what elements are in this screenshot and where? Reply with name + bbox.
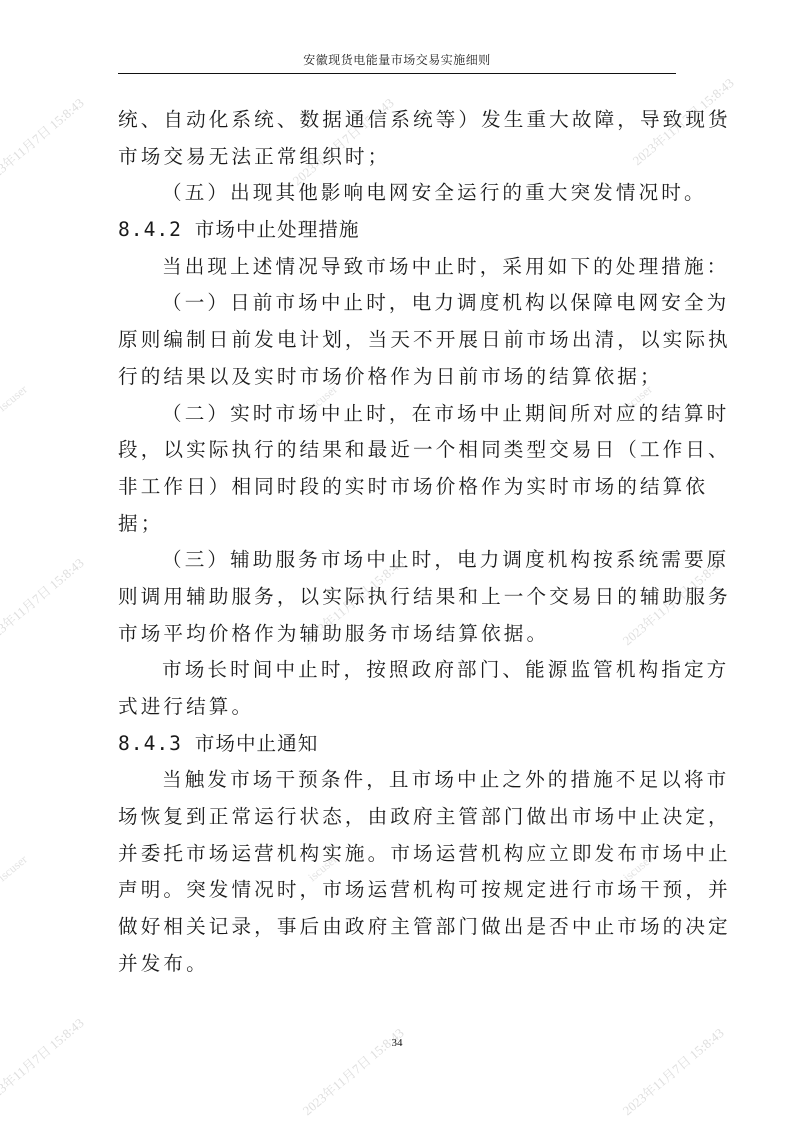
paragraph-line: 据； bbox=[118, 506, 678, 543]
paragraph-line: 并发布。 bbox=[118, 946, 678, 983]
list-item-3: （三）辅助服务市场中止时，电力调度机构按系统需要原 bbox=[118, 542, 678, 579]
watermark-timestamp: 2023年11月7日 15:8:43 bbox=[0, 553, 87, 649]
paragraph-line: 行的结果以及实时市场价格作为日前市场的结算依据； bbox=[118, 359, 678, 396]
paragraph-line: 则调用辅助服务，以实际执行结果和上一个交易日的辅助服务 bbox=[118, 579, 678, 616]
paragraph-line: 非工作日）相同时段的实时市场价格作为实时市场的结算依 bbox=[118, 469, 678, 506]
paragraph-line: 场恢复到正常运行状态，由政府主管部门做出市场中止决定， bbox=[118, 799, 678, 836]
section-heading-8-4-2: 8.4.2 市场中止处理措施 bbox=[118, 212, 678, 249]
document-body: 统、自动化系统、数据通信系统等）发生重大故障，导致现货 市场交易无法正常组织时；… bbox=[118, 102, 678, 983]
paragraph-line: 原则编制日前发电计划，当天不开展日前市场出清，以实际执 bbox=[118, 322, 678, 359]
page-number: 34 bbox=[0, 1037, 794, 1049]
list-item-1: （一）日前市场中止时，电力调度机构以保障电网安全为 bbox=[118, 285, 678, 322]
section-heading-8-4-3: 8.4.3 市场中止通知 bbox=[118, 726, 678, 763]
paragraph-line: 市场长时间中止时，按照政府部门、能源监管机构指定方 bbox=[118, 652, 678, 689]
paragraph-line: 声明。突发情况时，市场运营机构可按规定进行市场干预，并 bbox=[118, 872, 678, 909]
list-item-5: （五）出现其他影响电网安全运行的重大突发情况时。 bbox=[118, 175, 678, 212]
paragraph-line: 做好相关记录，事后由政府主管部门做出是否中止市场的决定 bbox=[118, 909, 678, 946]
paragraph-line: 统、自动化系统、数据通信系统等）发生重大故障，导致现货 bbox=[118, 102, 678, 139]
paragraph-line: 当出现上述情况导致市场中止时，采用如下的处理措施： bbox=[118, 249, 678, 286]
paragraph-line: 当触发市场干预条件，且市场中止之外的措施不足以将市 bbox=[118, 762, 678, 799]
paragraph-line: 市场交易无法正常组织时； bbox=[118, 139, 678, 176]
watermark-timestamp: 2023年11月7日 15:8:43 bbox=[0, 93, 87, 189]
paragraph-line: 式进行结算。 bbox=[118, 689, 678, 726]
header-divider bbox=[118, 73, 676, 74]
watermark-timestamp: 2023年11月7日 15:8:43 bbox=[0, 1013, 87, 1109]
watermark-user: iscuser bbox=[0, 382, 31, 415]
running-header: 安徽现货电能量市场交易实施细则 bbox=[118, 52, 676, 68]
list-item-2: （二）实时市场中止时，在市场中止期间所对应的结算时 bbox=[118, 396, 678, 433]
paragraph-line: 市场平均价格作为辅助服务市场结算依据。 bbox=[118, 616, 678, 653]
paragraph-line: 段，以实际执行的结果和最近一个相同类型交易日（工作日、 bbox=[118, 432, 678, 469]
paragraph-line: 并委托市场运营机构实施。市场运营机构应立即发布市场中止 bbox=[118, 836, 678, 873]
watermark-user: iscuser bbox=[0, 852, 31, 885]
